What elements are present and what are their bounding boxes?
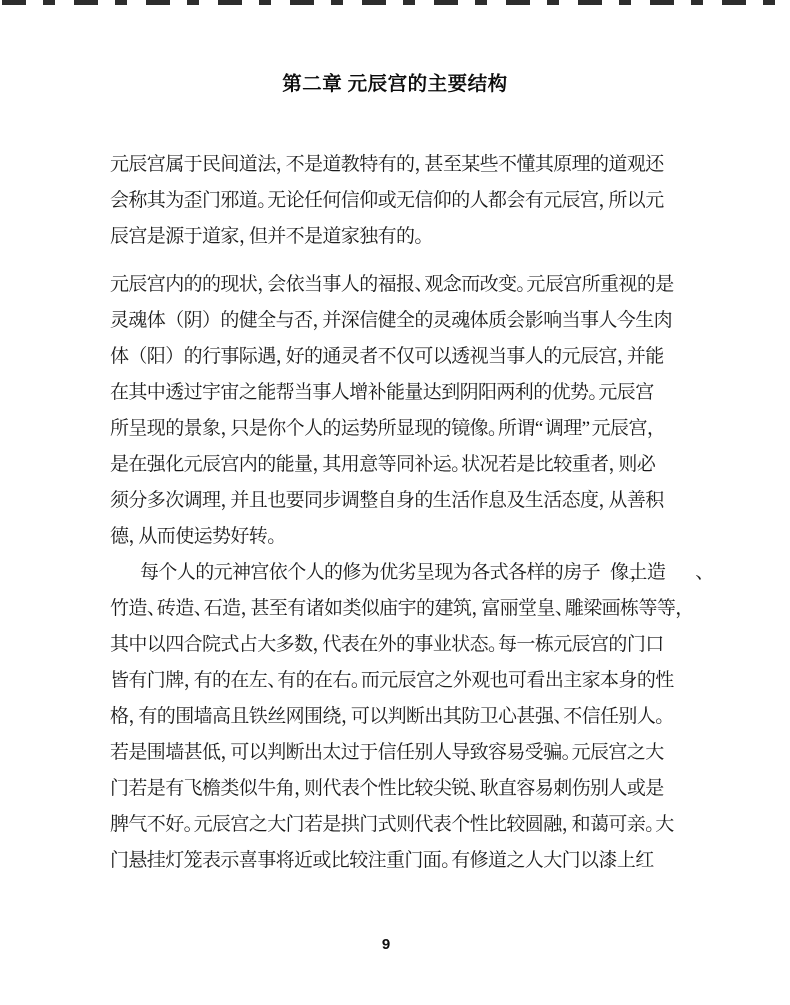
text-line: 体（阳）的行事际遇，好的通灵者不仅可以透视当事人的元辰宫，并能 <box>110 339 730 375</box>
chapter-title: 第二章 元辰宫的主要结构 <box>0 73 790 97</box>
text-line: 格，有的围墙高且铁丝网围绕，可以判断出其防卫心甚强、不信任别人。 <box>110 699 730 735</box>
text-line: 脾气不好。元辰宫之大门若是拱门式则代表个性比较圆融，和蔼可亲。大 <box>110 807 730 843</box>
text-line: 会称其为歪门邪道。无论任何信仰或无信仰的人都会有元辰宫，所以元 <box>110 183 730 219</box>
text-line: 是在强化元辰宫内的能量，其用意等同补运。状况若是比较重者，则必 <box>110 447 730 483</box>
paragraph-1: 元辰宫属于民间道法，不是道教特有的，甚至某些不懂其原理的道观还 会称其为歪门邪道… <box>110 147 730 255</box>
text-line: 竹造、砖造、石造，甚至有诸如类似庙宇的建筑，富丽堂皇、雕梁画栋等等， <box>110 591 730 627</box>
text-line: 须分多次调理，并且也要同步调整自身的生活作息及生活态度，从善积 <box>110 483 730 519</box>
text-line: 元辰宫内的的现状，会依当事人的福报、观念而改变。元辰宫所重视的是 <box>110 267 730 303</box>
paragraph-3: 每个人的元神宫依个人的修为优劣呈现为各式各样的房子，像土造、 竹造、砖造、石造，… <box>110 555 730 879</box>
paragraph-2: 元辰宫内的的现状，会依当事人的福报、观念而改变。元辰宫所重视的是 灵魂体（阴）的… <box>110 267 730 555</box>
text-line: 其中以四合院式占大多数，代表在外的事业状态。每一栋元辰宫的门口 <box>110 627 730 663</box>
text-line: 元辰宫属于民间道法，不是道教特有的，甚至某些不懂其原理的道观还 <box>110 147 730 183</box>
text-line: 灵魂体（阴）的健全与否，并深信健全的灵魂体质会影响当事人今生肉 <box>110 303 730 339</box>
text-line: 皆有门牌，有的在左、有的在右。而元辰宫之外观也可看出主家本身的性 <box>110 663 730 699</box>
text-line: 德，从而使运势好转。 <box>110 519 730 555</box>
text-line: 每个人的元神宫依个人的修为优劣呈现为各式各样的房子，像土造、 <box>110 555 730 591</box>
text-line: 所呈现的景象，只是你个人的运势所显现的镜像。所谓“调理”元辰宫， <box>110 411 730 447</box>
text-line: 辰宫是源于道家，但并不是道家独有的。 <box>110 219 730 255</box>
body-text: 元辰宫属于民间道法，不是道教特有的，甚至某些不懂其原理的道观还 会称其为歪门邪道… <box>0 147 730 879</box>
text-line: 门若是有飞檐类似牛角，则代表个性比较尖锐、耿直容易刺伤别人或是 <box>110 771 730 807</box>
text-line: 在其中透过宇宙之能帮当事人增补能量达到阴阳两利的优势。元辰宫 <box>110 375 730 411</box>
page-number: 9 <box>0 936 781 954</box>
text-line: 门悬挂灯笼表示喜事将近或比较注重门面。有修道之人大门以漆上红 <box>110 843 730 879</box>
scanned-book-page: 第二章 元辰宫的主要结构 元辰宫属于民间道法，不是道教特有的，甚至某些不懂其原理… <box>0 0 790 1005</box>
text-line: 若是围墙甚低，可以判断出太过于信任别人导致容易受骗。元辰宫之大 <box>110 735 730 771</box>
scan-artifact-dashes <box>2 0 788 5</box>
